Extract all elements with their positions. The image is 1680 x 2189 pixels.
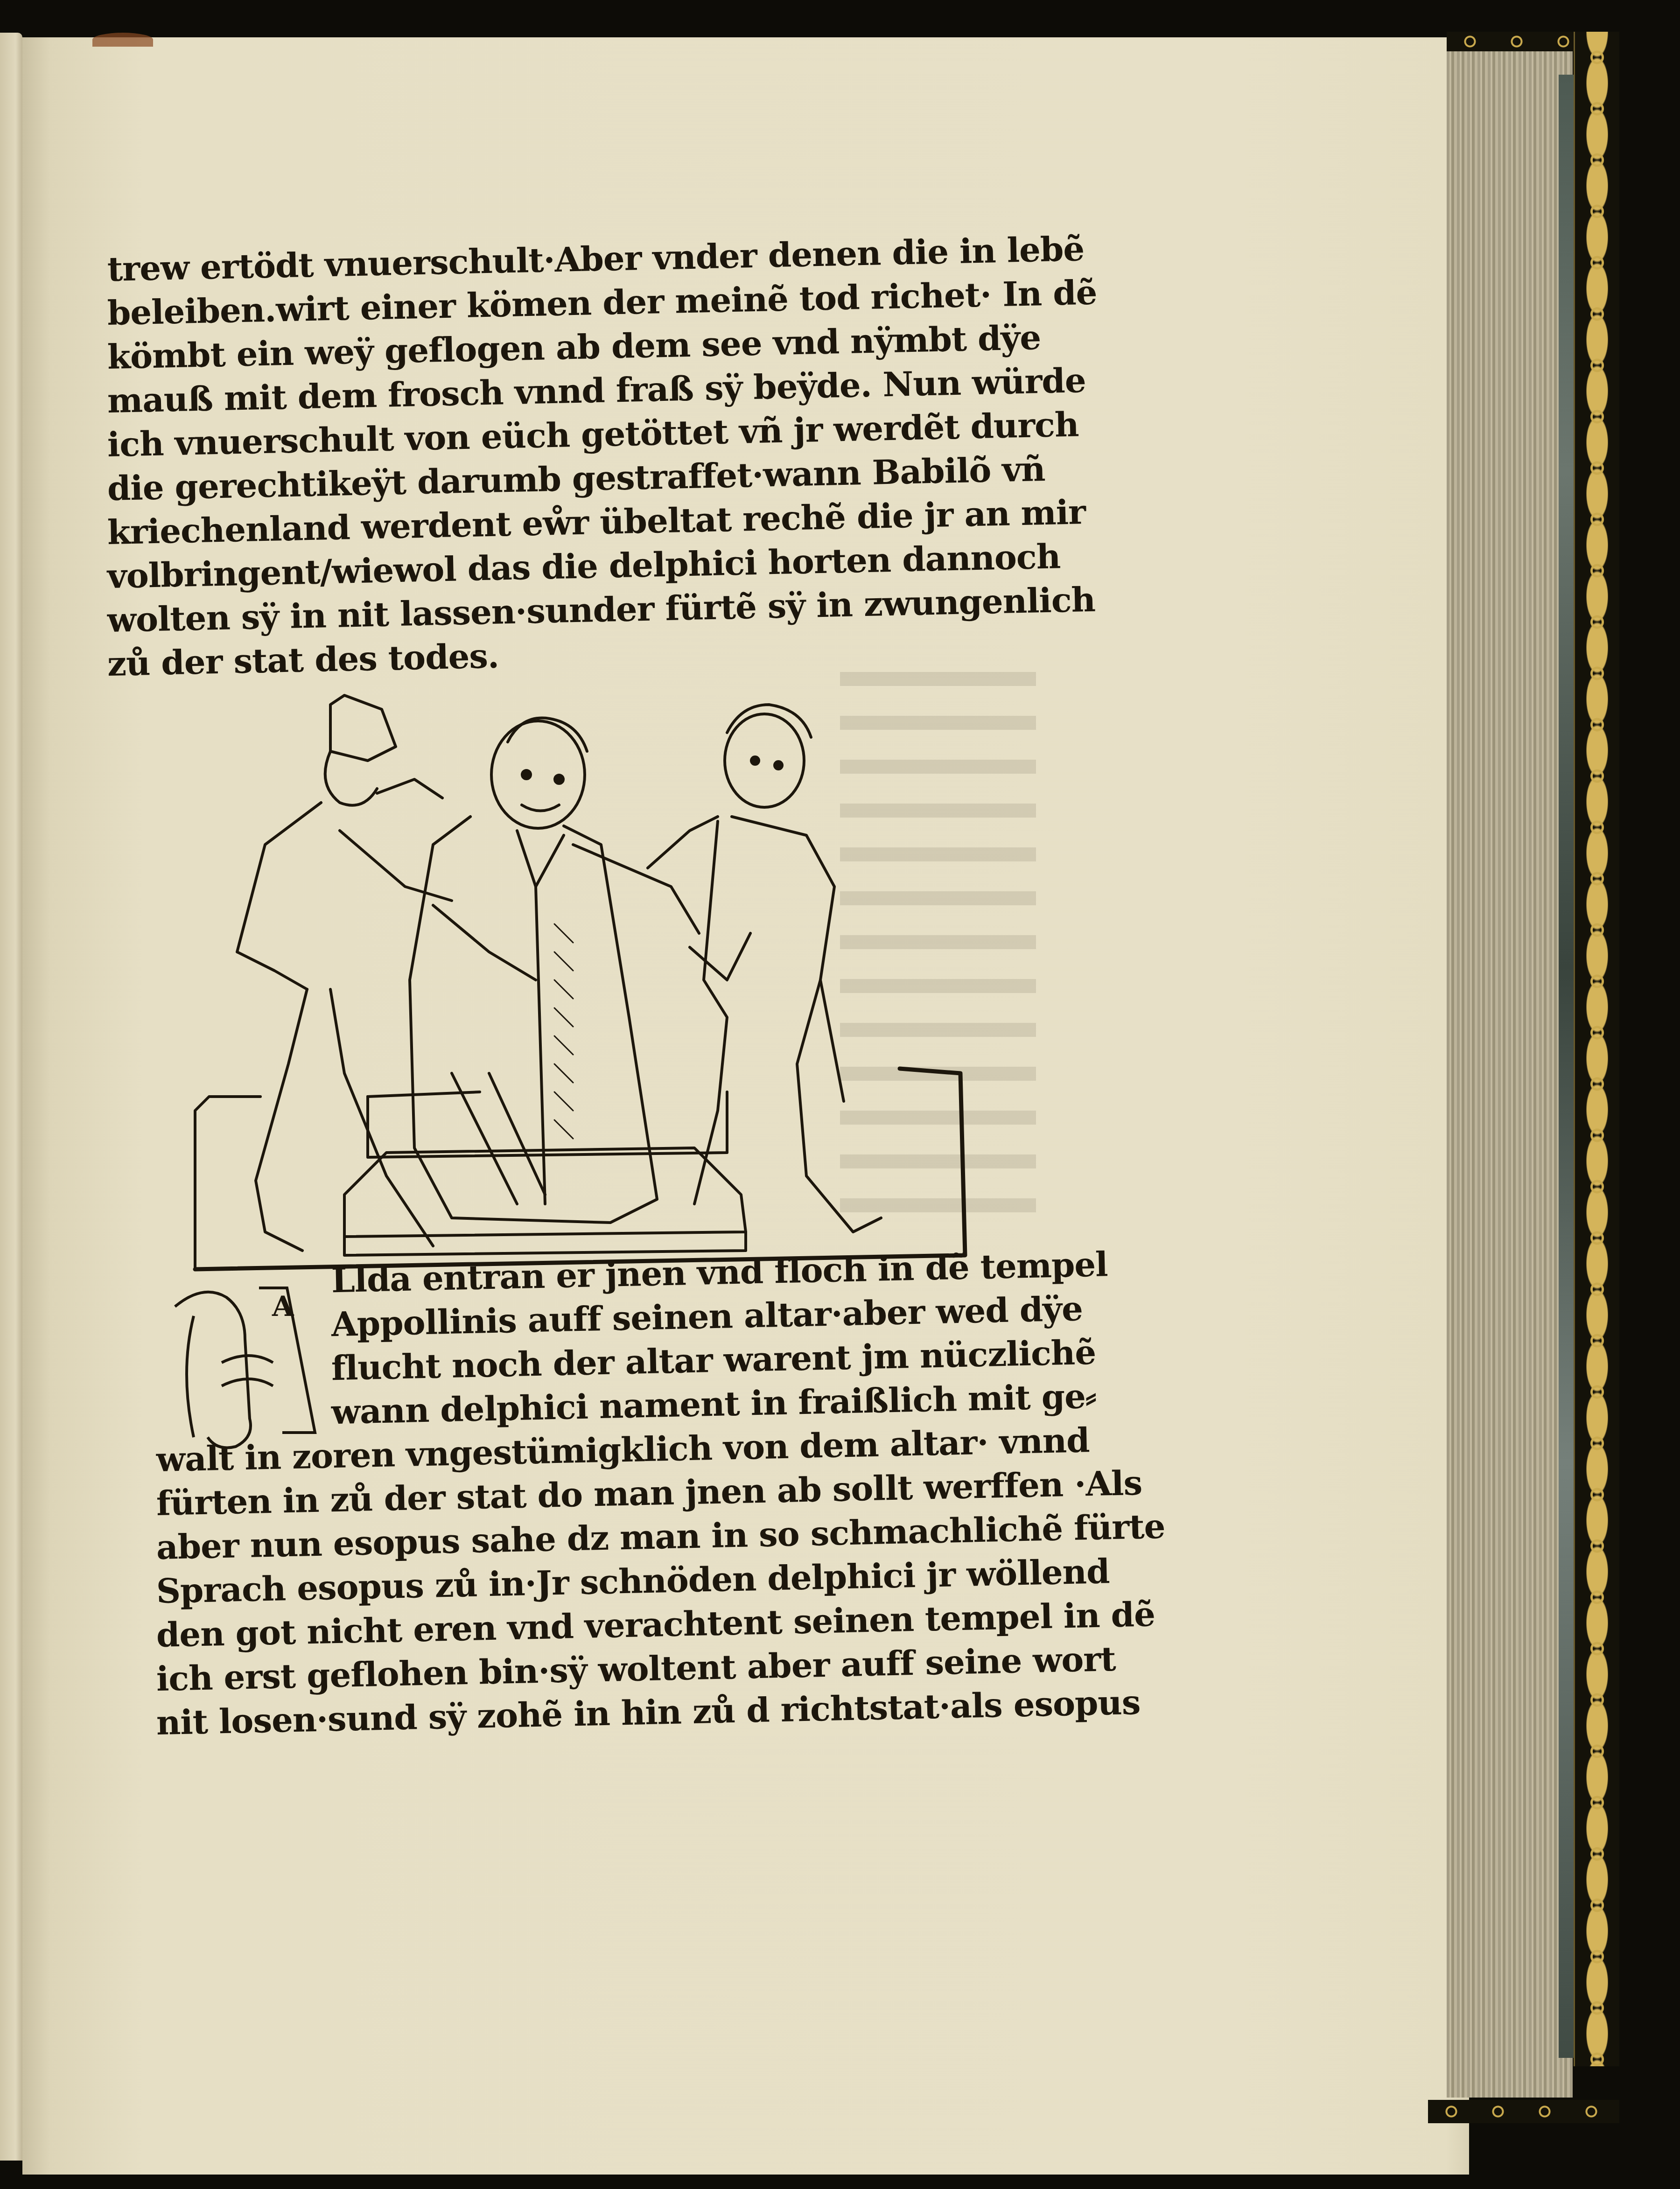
- text-block-bottom: Llda entran er jnen vnd floch in dẽ temp…: [156, 1262, 1090, 1745]
- headband: [92, 33, 153, 47]
- gilt-border-bottom: [1428, 2100, 1619, 2123]
- text-block-top: trew ertödt vnuerschult·Aber vnder denen…: [107, 247, 1036, 686]
- page-fore-edge: [1447, 44, 1573, 2098]
- gilt-border-right: [1574, 32, 1619, 2066]
- woodcut-illustration: [190, 691, 974, 1279]
- left-page-edge: [0, 33, 22, 2161]
